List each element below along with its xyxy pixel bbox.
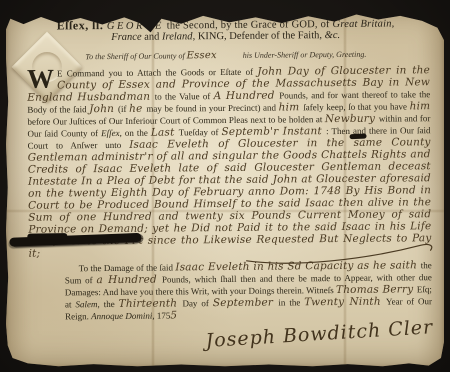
damage-paragraph: To the Damage of the ſaid Isaac Eveleth … bbox=[65, 259, 433, 322]
document-content: Eſſex, ſſ. GEORGE the Second, by the Gra… bbox=[4, 6, 445, 369]
header-line-2: France and Ireland, KING, Defender of th… bbox=[19, 29, 433, 45]
writ-body-text: E Command you to Attach the Goods or Eſt… bbox=[27, 65, 431, 259]
document-paper: Eſſex, ſſ. GEORGE the Second, by the Gra… bbox=[6, 8, 444, 367]
salutation-line: To the Sheriff of Our County of Essexhis… bbox=[19, 48, 433, 63]
dropcap-letter: W bbox=[27, 68, 54, 89]
clerk-signature: Joseph Bowditch Cler bbox=[203, 316, 434, 352]
writ-body-paragraph: WE Command you to Attach the Goods or Eſ… bbox=[27, 64, 432, 260]
scanned-document-photo: { "colors": { "background": "#171411", "… bbox=[0, 0, 450, 372]
ink-blot-small-icon bbox=[349, 133, 366, 139]
